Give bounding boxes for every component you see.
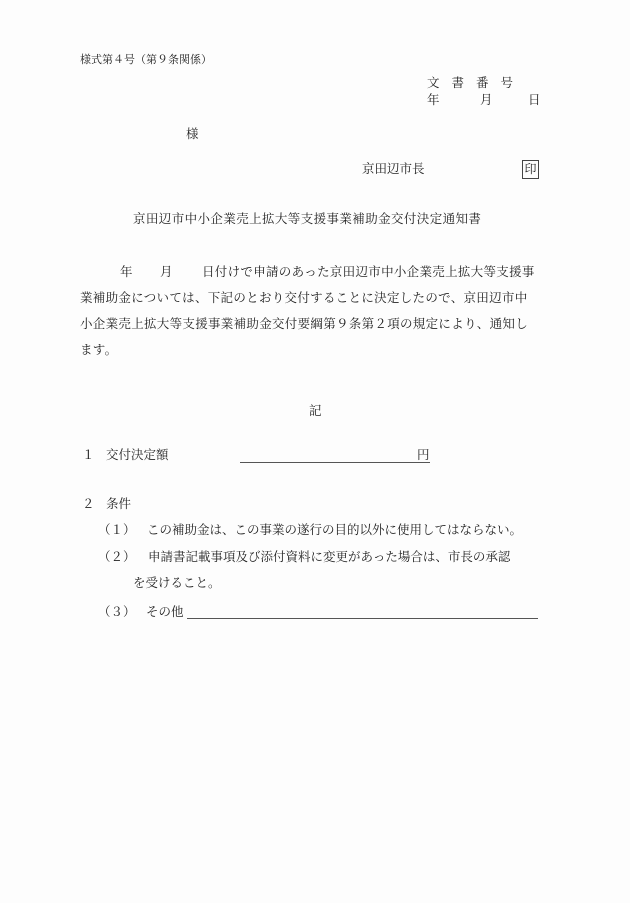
- body-line-4: ます。: [80, 342, 550, 358]
- date-year: 年: [427, 92, 440, 108]
- body-line-3: 小企業売上拡大等支援事業補助金交付要綱第９条第２項の規定により、通知し: [80, 316, 550, 332]
- form-label: 様式第４号（第９条関係）: [80, 52, 212, 68]
- condition-3-number: （３）: [98, 604, 136, 620]
- body-date-year: 年: [120, 264, 133, 280]
- date-month: 月: [480, 92, 493, 108]
- condition-3-label: その他: [146, 604, 184, 620]
- addressee-suffix: 様: [186, 126, 199, 142]
- issuer-name: 京田辺市長: [362, 161, 425, 177]
- item-2-number: ２: [82, 496, 95, 512]
- item-2-label: 条件: [106, 496, 131, 512]
- ki-heading: 記: [309, 403, 322, 419]
- document-number-label: 文書番号: [427, 75, 525, 91]
- seal-stamp-icon: 印: [522, 160, 539, 179]
- yen-unit: 円: [417, 447, 430, 463]
- body-date-month: 月: [160, 264, 173, 280]
- condition-2-continued: を受けること。: [133, 575, 221, 591]
- other-conditions-field[interactable]: [187, 605, 538, 619]
- date-day: 日: [528, 92, 541, 108]
- condition-1-text: この補助金は、この事業の遂行の目的以外に使用してはならない。: [147, 522, 522, 538]
- body-line-2: 業補助金については、下記のとおり交付することに決定したので、京田辺市中: [80, 290, 550, 306]
- condition-1-number: （１）: [98, 522, 136, 538]
- document-title: 京田辺市中小企業売上拡大等支援事業補助金交付決定通知書: [133, 211, 481, 227]
- grant-amount-field[interactable]: [240, 449, 430, 463]
- item-1-number: １: [82, 447, 95, 463]
- condition-2-number: （２）: [98, 549, 136, 565]
- item-1-label: 交付決定額: [106, 447, 169, 463]
- body-line-1: 日付けで申請のあった京田辺市中小企業売上拡大等支援事: [202, 264, 535, 280]
- condition-2-text: 申請書記載事項及び添付資料に変更があった場合は、市長の承認: [148, 549, 510, 565]
